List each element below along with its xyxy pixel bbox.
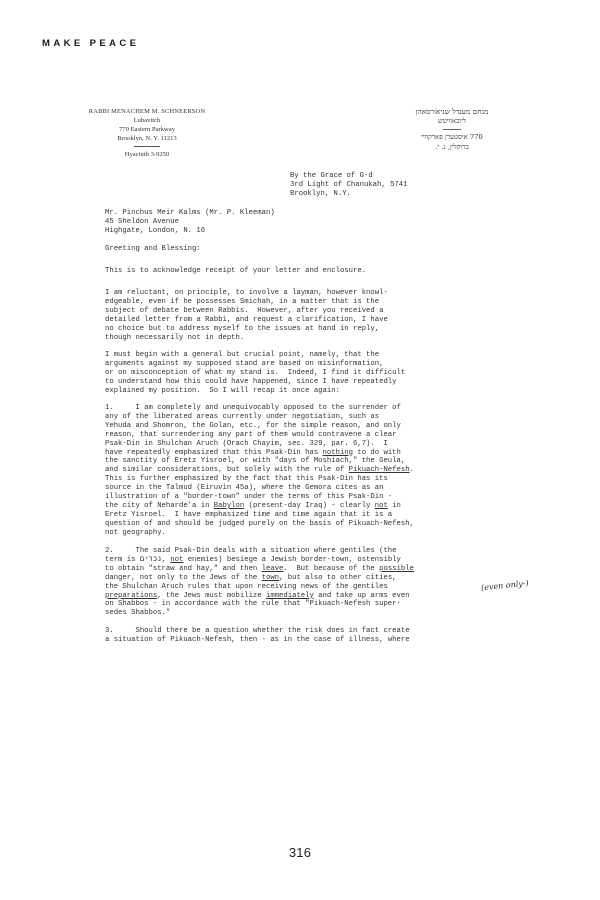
text-line: not geography. <box>105 529 575 538</box>
letterhead-english: RABBI MENACHEM M. SCHNEERSON Lubavitch 7… <box>82 107 212 159</box>
recipient-address: Mr. Pinchus Meir Kalms (Mr. P. Kleeman)4… <box>105 209 275 236</box>
dateline: By the Grace of G-d3rd Light of Chanukah… <box>290 172 407 199</box>
recipient-line: Highgate, London, N. 16 <box>105 227 275 236</box>
text-line: I am reluctant, on principle, to involve… <box>105 289 575 298</box>
paragraph-acknowledgement: This is to acknowledge receipt of your l… <box>105 267 575 276</box>
text-line: on Shabbos - in accordance with the rule… <box>105 600 575 609</box>
letterhead-hebrew: מנחם מענדל שניאורסאהן ליובאוויטש 770 איס… <box>392 107 512 152</box>
dateline-line: Brooklyn, N.Y. <box>290 190 407 199</box>
text-segment: danger, not only to the Jews of the <box>105 574 262 582</box>
underlined-text: leave <box>262 565 284 573</box>
text-segment: and take up arms even <box>314 592 410 600</box>
text-line: though necessarily not in depth. <box>105 334 575 343</box>
underlined-text: Pikuach-Nefesh <box>349 466 410 474</box>
text-line: no choice but to address myself to the i… <box>105 325 575 334</box>
text-line: Should there be a question whether the r… <box>135 627 409 635</box>
underlined-text: possible <box>379 565 414 573</box>
letterhead-hebrew-divider <box>443 129 461 130</box>
text-segment: term is נכרים, <box>105 556 170 564</box>
text-segment: in <box>388 502 401 510</box>
underlined-text: immediately <box>266 592 314 600</box>
text-line: question of and should be judged purely … <box>105 520 575 529</box>
paragraph-point-3: 3. Should there be a question whether th… <box>105 627 575 645</box>
dateline-line: 3rd Light of Chanukah, 5741 <box>290 181 407 190</box>
letterhead-divider <box>134 146 160 147</box>
letterhead-hebrew-city: ברוקלין, נ. י. <box>392 143 512 153</box>
letterhead-name: RABBI MENACHEM M. SCHNEERSON <box>82 107 212 116</box>
text-line: edgeable, even if he possesses Smichah, … <box>105 298 575 307</box>
text-line: subject of debate between Rabbis. Howeve… <box>105 307 575 316</box>
text-segment: the city of Neharde'a in <box>105 502 214 510</box>
letterhead-org: Lubavitch <box>82 116 212 125</box>
text-line: I am completely and unequivocably oppose… <box>135 404 400 412</box>
text-line: sedes Shabbos." <box>105 609 575 618</box>
point-number: 3. <box>105 627 114 635</box>
text-segment: . But because of the <box>283 565 379 573</box>
text-segment: have repeatedly emphasized that this Psa… <box>105 449 323 457</box>
text-line: or on misconception of what my stand is.… <box>105 369 575 378</box>
dateline-line: By the Grace of G-d <box>290 172 407 181</box>
underlined-text: town <box>262 574 279 582</box>
text-segment: , the Jews must mobilize <box>157 592 266 600</box>
underlined-text: preparations <box>105 592 157 600</box>
text-line: Yehuda and Shomron, the Golan, etc., for… <box>105 422 575 431</box>
text-segment: . <box>410 466 414 474</box>
text-line: I must begin with a general but crucial … <box>105 351 575 360</box>
text-line: This is further emphasized by the fact t… <box>105 475 575 484</box>
text-line: a situation of Pikuach-Nefesh, then - as… <box>105 636 575 645</box>
text-line: illustration of a "border-town" under th… <box>105 493 575 502</box>
letterhead-hebrew-name: מנחם מענדל שניאורסאהן <box>392 107 512 117</box>
text-segment: and similar considerations, but solely w… <box>105 466 349 474</box>
text-segment: to obtain "straw and hay," and then <box>105 565 262 573</box>
text-segment: enemies) besiege a Jewish border-town, o… <box>183 556 401 564</box>
text-segment: , but also to other cities, <box>279 574 396 582</box>
underlined-text: not <box>170 556 183 564</box>
point-number: 1. <box>105 404 114 412</box>
text-segment: to do with <box>353 449 401 457</box>
text-line: explained my position. So I will recap i… <box>105 387 575 396</box>
underlined-text: Babylon <box>214 502 244 510</box>
letterhead-hebrew-org: ליובאוויטש <box>392 117 512 127</box>
letterhead-phone: Hyacinth 3-9250 <box>82 150 212 159</box>
point-number: 2. <box>105 547 114 555</box>
text-line: arguments against my supposed stand are … <box>105 360 575 369</box>
paragraph-point-1: 1. I am completely and unequivocably opp… <box>105 404 575 538</box>
paragraph-general-point: I must begin with a general but crucial … <box>105 351 575 396</box>
text-line: Psak-Din in Shulchan Aruch (Orach Chayim… <box>105 440 575 449</box>
text-line: the sanctity of Eretz Yisroel, or with "… <box>105 457 575 466</box>
underlined-text: nothing <box>323 449 353 457</box>
text-line: source in the Talmud (Eiruvin 45a), wher… <box>105 484 575 493</box>
text-segment: (present-day Iraq) - clearly <box>244 502 375 510</box>
text-line: Eretz Yisroel. I have emphasized time an… <box>105 511 575 520</box>
underlined-text: not <box>375 502 388 510</box>
page-number: 316 <box>0 845 600 860</box>
recipient-line: Mr. Pinchus Meir Kalms (Mr. P. Kleeman) <box>105 209 275 218</box>
salutation: Greeting and Blessing: <box>105 245 575 254</box>
text-line: to understand how this could have happen… <box>105 378 575 387</box>
text-line: any of the liberated areas currently und… <box>105 413 575 422</box>
text-line: reason, that surrendering any part of th… <box>105 431 575 440</box>
text-line: The said Psak-Din deals with a situation… <box>135 547 396 555</box>
letterhead-street: 770 Eastern Parkway <box>82 125 212 134</box>
recipient-line: 45 Sheldon Avenue <box>105 218 275 227</box>
text-line: detailed letter from a Rabbi, and reques… <box>105 316 575 325</box>
running-head: MAKE PEACE <box>42 38 139 49</box>
letterhead-city: Brooklyn, N. Y. 11213 <box>82 134 212 143</box>
paragraph-reluctance: I am reluctant, on principle, to involve… <box>105 289 575 342</box>
letterhead-hebrew-street: 770 איסטערן פארקוויי <box>392 133 512 143</box>
